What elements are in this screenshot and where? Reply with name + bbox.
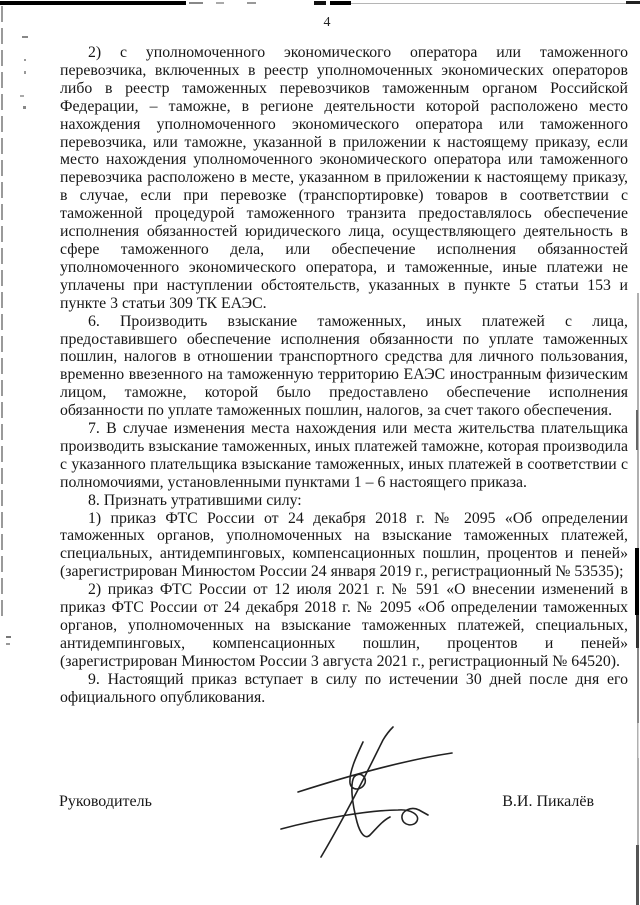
paragraph-8: 8. Признать утратившими силу: (60, 492, 628, 510)
paragraph-8-sub-2: 2) приказ ФТС России от 12 июля 2021 г. … (60, 581, 628, 671)
scan-artifact-speck (23, 106, 26, 109)
paragraph-6: 6. Производить взыскание таможенных, ины… (60, 313, 628, 420)
paragraph-7: 7. В случае изменения места нахождения и… (60, 420, 628, 492)
scan-artifact-top-dash (330, 1, 351, 5)
scan-artifact-right-dark (636, 845, 639, 905)
scan-artifact-top-line (351, 3, 640, 4)
scan-artifact-top-dash (314, 1, 326, 5)
signer-role: Руководитель (59, 793, 152, 811)
scan-artifact-right-black-bar (635, 548, 639, 615)
scan-artifact-top-corner (626, 1, 640, 4)
scan-artifact-left-line (1, 6, 3, 622)
signer-name: В.И. Пикалёв (502, 793, 594, 811)
scan-artifact-right-dark (636, 410, 638, 450)
scan-artifact-speck (20, 95, 24, 97)
scan-artifact-speck (24, 71, 26, 74)
scan-artifact-top-dash (247, 2, 256, 4)
signature-block: Руководитель В.И. Пикалёв (59, 793, 594, 811)
document-body: 2) с уполномоченного экономического опер… (60, 44, 628, 707)
page-number: 4 (0, 15, 640, 31)
scan-artifact-top-dash (216, 2, 224, 4)
scan-artifact-top-bar (0, 1, 186, 5)
scan-artifact-right-dark (636, 615, 639, 648)
scan-artifact-right-faint (638, 723, 639, 758)
paragraph-9: 9. Настоящий приказ вступает в силу по и… (60, 671, 628, 707)
scan-artifact-speck (22, 36, 28, 38)
scan-artifact-speck (6, 636, 11, 638)
scan-artifact-speck (6, 643, 10, 645)
scan-artifact-right-mid (637, 648, 639, 723)
paragraph-8-sub-1: 1) приказ ФТС России от 24 декабря 2018 … (60, 510, 628, 582)
paragraph-item-2: 2) с уполномоченного экономического опер… (60, 44, 628, 313)
scan-artifact-speck (24, 59, 26, 61)
scan-artifact-top-dash (189, 2, 203, 4)
